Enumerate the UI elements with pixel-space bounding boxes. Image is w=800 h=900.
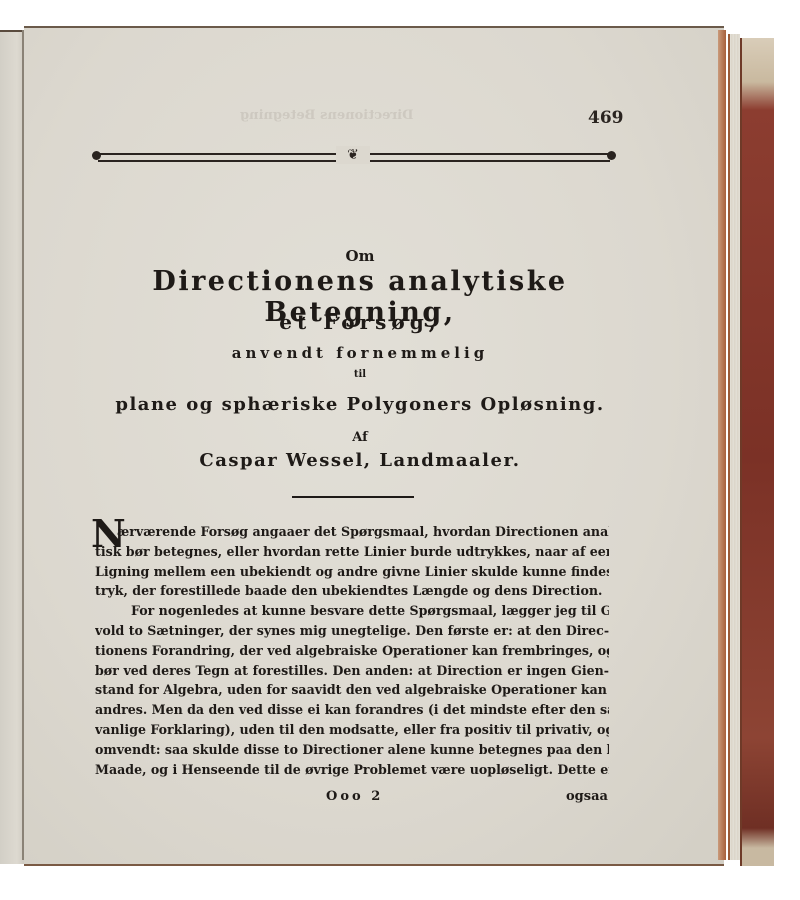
subtitle-anvendt: anvendt fornemmelig: [80, 344, 640, 362]
title-om: Om: [80, 247, 640, 265]
drop-cap: N: [91, 514, 126, 554]
ornament-fleuron-icon: ❦: [336, 146, 370, 164]
author-name: Caspar Wessel, Landmaaler.: [80, 450, 640, 471]
text-line: stand for Algebra, uden for saavidt den …: [95, 680, 609, 700]
headpiece-ornament: ❦: [92, 148, 616, 164]
left-page-edge: [0, 30, 24, 864]
open-book: Directionens Betegning 469 ❦ Om Directio…: [0, 0, 800, 900]
subtitle-til: til: [80, 369, 640, 380]
page-leaves: [728, 34, 740, 860]
text-line: Ligning mellem een ubekiendt og andre gi…: [95, 562, 609, 582]
text-line: bør ved deres Tegn at forestilles. Den a…: [95, 661, 609, 681]
body-text: N ærværende Forsøg angaaer det Spørgsmaa…: [95, 522, 609, 779]
text-line: tryk, der forestillede baade den ubekien…: [95, 581, 609, 601]
page-fore-edge: [718, 30, 726, 860]
bleed-through-text: Directionens Betegning: [240, 108, 413, 123]
text-line: ærværende Forsøg angaaer det Spørgsmaal,…: [95, 522, 609, 542]
catchword: ogsaa: [566, 789, 608, 804]
text-line: tisk bør betegnes, eller hvordan rette L…: [95, 542, 609, 562]
subtitle-polygoners: plane og sphæriske Polygoners Opløsning.: [80, 394, 640, 415]
text-line: andres. Men da den ved disse ei kan fora…: [95, 700, 609, 720]
title-divider: [292, 496, 414, 498]
page-number: 469: [588, 108, 624, 128]
text-line: omvendt: saa skulde disse to Directioner…: [95, 740, 609, 760]
text-line: Maade, og i Henseende til de øvrige Prob…: [95, 760, 609, 780]
ornament-finial-left-icon: [92, 151, 101, 160]
book-cover-leather: [740, 38, 774, 866]
signature-mark: Ooo 2: [326, 789, 383, 804]
text-line: vanlige Forklaring), uden til den modsat…: [95, 720, 609, 740]
text-line: tionens Forandring, der ved algebraiske …: [95, 641, 609, 661]
ornament-finial-right-icon: [607, 151, 616, 160]
text-line: For nogenledes at kunne besvare dette Sp…: [95, 601, 609, 621]
text-line: vold to Sætninger, der synes mig unegtel…: [95, 621, 609, 641]
byline-af: Af: [80, 430, 640, 445]
subtitle-forsog: et Forsøg,: [80, 310, 640, 334]
